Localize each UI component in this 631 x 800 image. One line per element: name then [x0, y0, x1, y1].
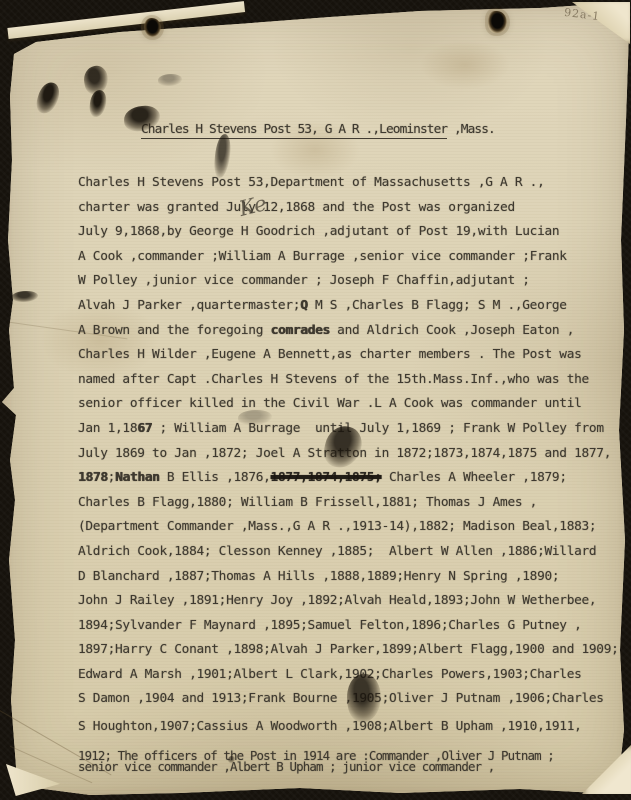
text-segment: W Polley ,junior vice commander ; Joseph…: [78, 273, 530, 288]
text-segment: July 9,1868,by George H Goodrich ,adjuta…: [78, 224, 559, 239]
text-segment: senior vice commander ,Albert B Upham ; …: [78, 759, 494, 774]
text-line: Aldrich Cook,1884; Clesson Kenney ,1885;…: [78, 540, 619, 565]
text-segment: ,Mass.: [447, 122, 495, 137]
text-segment-overtyped: 67: [137, 421, 152, 436]
text-segment-underline: Charles H Stevens Post 53, G A R .,Leomi…: [141, 122, 447, 139]
text-segment-overtyped: Q: [300, 298, 307, 313]
text-segment: S Houghton,1907;Cassius A Woodworth ,190…: [78, 719, 582, 734]
text-segment: charter was granted July 12,1868 and the…: [78, 200, 515, 215]
text-segment: S Damon ,1904 and 1913;Frank Bourne ,190…: [78, 691, 604, 706]
text-segment: Alvah J Parker ,quartermaster;: [78, 298, 300, 313]
text-segment: Jan 1,18: [78, 421, 137, 436]
text-line: S Houghton,1907;Cassius A Woodworth ,190…: [78, 715, 619, 740]
text-segment: M S ,Charles B Flagg; S M .,George: [308, 298, 567, 313]
text-line: Charles H Stevens Post 53,Department of …: [78, 171, 619, 196]
text-line: senior officer killed in the Civil War .…: [78, 392, 619, 417]
paper-stain: [420, 40, 510, 90]
text-segment: A Cook ,commander ;William A Burrage ,se…: [78, 249, 567, 264]
text-segment-overtyped: Nathan: [115, 470, 159, 485]
text-segment: D Blanchard ,1887;Thomas A Hills ,1888,1…: [78, 569, 559, 584]
text-segment: Edward A Marsh ,1901;Albert L Clark,1902…: [78, 667, 582, 682]
text-segment-overtyped: 1878: [78, 470, 108, 485]
text-segment: Charles A Wheeler ,1879;: [382, 470, 567, 485]
text-line: W Polley ,junior vice commander ; Joseph…: [78, 269, 619, 294]
document-page: Charles H Stevens Post 53, G A R .,Leomi…: [0, 0, 631, 800]
text-line: Edward A Marsh ,1901;Albert L Clark,1902…: [78, 663, 619, 688]
text-line: 1878;Nathan B Ellis ,1876,1877,1874,1875…: [78, 466, 619, 491]
text-segment: Aldrich Cook,1884; Clesson Kenney ,1885;…: [78, 544, 596, 559]
text-segment-strike: 1877,1874,1875;: [271, 470, 382, 485]
text-segment: Charles H Wilder ,Eugene A Bennett,as ch…: [78, 347, 582, 362]
text-line: (Department Commander ,Mass.,G A R .,191…: [78, 515, 619, 540]
text-segment: and Aldrich Cook ,Joseph Eaton ,: [330, 323, 574, 338]
text-line: 1897;Harry C Conant ,1898;Alvah J Parker…: [78, 638, 619, 663]
text-line: charter was granted July 12,1868 and the…: [78, 196, 619, 221]
text-segment: John J Railey ,1891;Henry Joy ,1892;Alva…: [78, 593, 596, 608]
text-segment: (Department Commander ,Mass.,G A R .,191…: [78, 519, 596, 534]
scan-background: Charles H Stevens Post 53, G A R .,Leomi…: [0, 0, 631, 800]
text-segment: named after Capt .Charles H Stevens of t…: [78, 372, 589, 387]
text-segment: 1894;Sylvander F Maynard ,1895;Samuel Fe…: [78, 618, 582, 633]
punch-hole-left: [144, 18, 161, 37]
text-line: A Brown and the foregoing comrades and A…: [78, 319, 619, 344]
punch-hole-right: [488, 11, 507, 33]
text-line: Charles H Stevens Post 53, G A R .,Leomi…: [141, 118, 495, 143]
text-segment: B Ellis ,1876,: [159, 470, 270, 485]
text-segment: ; William A Burrage until July 1,1869 ; …: [152, 421, 604, 436]
text-line: Alvah J Parker ,quartermaster;Q M S ,Cha…: [78, 294, 619, 319]
text-line: A Cook ,commander ;William A Burrage ,se…: [78, 245, 619, 270]
text-segment-overtyped: comrades: [271, 323, 330, 338]
text-segment: Charles B Flagg,1880; William B Frissell…: [78, 495, 537, 510]
text-segment: ;: [108, 470, 115, 485]
text-line: D Blanchard ,1887;Thomas A Hills ,1888,1…: [78, 565, 619, 590]
text-line: July 9,1868,by George H Goodrich ,adjuta…: [78, 220, 619, 245]
document-title: Charles H Stevens Post 53, G A R .,Leomi…: [141, 118, 495, 143]
text-segment: Charles H Stevens Post 53,Department of …: [78, 175, 544, 190]
text-line: 1894;Sylvander F Maynard ,1895;Samuel Fe…: [78, 614, 619, 639]
text-line: Charles B Flagg,1880; William B Frissell…: [78, 491, 619, 516]
text-line: named after Capt .Charles H Stevens of t…: [78, 368, 619, 393]
text-segment: senior officer killed in the Civil War .…: [78, 396, 582, 411]
text-line: Charles H Wilder ,Eugene A Bennett,as ch…: [78, 343, 619, 368]
text-segment: 1897;Harry C Conant ,1898;Alvah J Parker…: [78, 642, 619, 657]
text-line: John J Railey ,1891;Henry Joy ,1892;Alva…: [78, 589, 619, 614]
